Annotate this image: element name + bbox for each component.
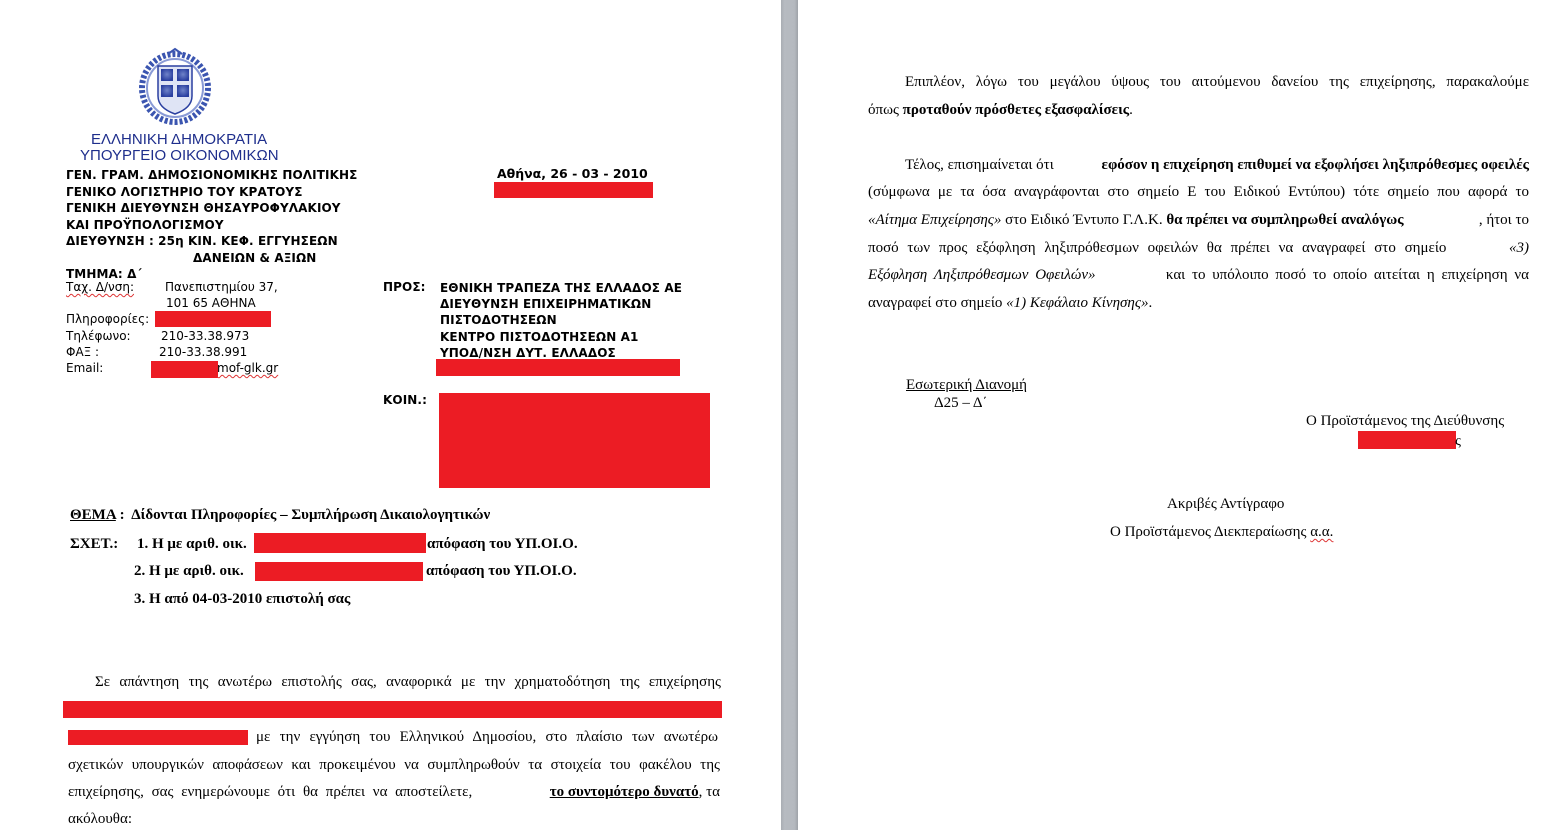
phone-value: 210-33.38.973 — [161, 329, 249, 343]
recipient-address: ΕΘΝΙΚΗ ΤΡΑΠΕΖΑ ΤΗΣ ΕΛΛΑΔΟΣ ΑΕ ΔΙΕΥΘΥΝΣΗ … — [440, 280, 682, 361]
recipient-line: ΔΙΕΥΘΥΝΣΗ ΕΠΙΧΕΙΡΗΜΑΤΙΚΩΝ — [440, 296, 682, 312]
para2-line-5: Εξόφληση Ληξιπρόθεσμων Οφειλών» και το υ… — [868, 267, 1529, 284]
header-line: ΓΕΝ. ΓΡΑΜ. ΔΗΜΟΣΙΟΝΟΜΙΚΗΣ ΠΟΛΙΤΙΚΗΣ — [66, 167, 357, 184]
references-label: ΣΧΕΤ.: — [70, 536, 118, 553]
para1-line-1: Επιπλέον, λόγω του μεγάλου ύψους του αιτ… — [905, 74, 1529, 91]
emphasis-additional-collateral: προταθούν πρόσθετες εξασφαλίσεις — [903, 102, 1129, 118]
address-line1: Πανεπιστημίου 37, — [165, 280, 278, 294]
para2-line-1: Τέλος, επισημαίνεται ότι εφόσον η επιχεί… — [905, 157, 1529, 174]
redacted-signatory-name — [1358, 431, 1456, 449]
emblem-title: ΕΛΛΗΝΙΚΗ ΔΗΜΟΚΡΑΤΙΑ ΥΠΟΥΡΓΕΙΟ ΟΙΚΟΝΟΜΙΚΩ… — [91, 132, 279, 164]
header-line: ΔΙΕΥΘΥΝΣΗ : 25η ΚΙΝ. ΚΕΦ. ΕΓΓΥΗΣΕΩΝ — [66, 233, 357, 250]
fax-value: 210-33.38.991 — [159, 345, 247, 359]
email-label: Email: — [66, 361, 103, 375]
phone-label: Τηλέφωνο: — [66, 329, 131, 343]
address-label: Ταχ. Δ/νση: — [66, 280, 134, 294]
reference-1-suffix: απόφαση του ΥΠ.ΟΙ.Ο. — [427, 536, 578, 553]
redacted-protocol-number — [494, 182, 653, 198]
redacted-company-name — [63, 701, 722, 718]
fax-label: ΦΑΞ : — [66, 345, 99, 359]
redacted-reference-2-number — [255, 562, 423, 581]
certified-copy-label: Ακριβές Αντίγραφο — [1167, 496, 1284, 513]
para2-line-2: (σύμφωνα με τα όσα αναγράφονται στο σημε… — [868, 184, 1529, 201]
recipient-line: ΚΕΝΤΡΟ ΠΙΣΤΟΔΟΤΗΣΕΩΝ Α1 — [440, 329, 682, 345]
body-line-6: ακόλουθα: — [68, 811, 132, 828]
internal-distribution-label: Εσωτερική Διανομή — [906, 377, 1027, 394]
processing-officer: Ο Προϊστάμενος Διεκπεραίωσης α.α. — [1110, 524, 1333, 541]
info-label: Πληροφορίες: — [66, 312, 149, 326]
internal-distribution-value: Δ25 – Δ΄ — [934, 395, 987, 412]
reference-2-suffix: απόφαση του ΥΠ.ΟΙ.Ο. — [426, 563, 577, 580]
reference-2-prefix: 2. Η με αριθ. οικ. — [134, 563, 244, 580]
address-line2: 101 65 ΑΘΗΝΑ — [166, 296, 256, 310]
redacted-email-user — [151, 361, 218, 378]
emphasis-fill-accordingly: θα πρέπει να συμπληρωθεί αναλόγως — [1166, 212, 1403, 228]
header-line: ΔΑΝΕΙΩΝ & ΑΞΙΩΝ — [193, 250, 357, 267]
country-name: ΕΛΛΗΝΙΚΗ ΔΗΜΟΚΡΑΤΙΑ — [91, 132, 279, 148]
email-domain: mof-glk.gr — [217, 361, 278, 375]
cc-label: ΚΟΙΝ.: — [383, 393, 427, 407]
document-page-1: ΕΛΛΗΝΙΚΗ ΔΗΜΟΚΡΑΤΙΑ ΥΠΟΥΡΓΕΙΟ ΟΙΚΟΝΟΜΙΚΩ… — [0, 0, 781, 830]
header-line: ΓΕΝΙΚΗ ΔΙΕΥΘΥΝΣΗ ΘΗΣΑΥΡΟΦΥΛΑΚΙΟΥ — [66, 200, 357, 217]
signatory-title: Ο Προϊστάμενος της Διεύθυνσης — [1306, 413, 1504, 430]
emphasis-overdue-debts: εφόσον η επιχείρηση επιθυμεί να εξοφλήσε… — [1102, 157, 1529, 174]
body-line-4: σχετικών υπουργικών αποφάσεων και προκει… — [68, 757, 720, 774]
signatory-name-suffix: ς — [1455, 433, 1461, 450]
header-line: ΓΕΝΙΚΟ ΛΟΓΙΣΤΗΡΙΟ ΤΟΥ ΚΡΑΤΟΥΣ — [66, 184, 357, 201]
ministry-name: ΥΠΟΥΡΓΕΙΟ ΟΙΚΟΝΟΜΙΚΩΝ — [80, 148, 279, 164]
page-divider — [781, 0, 798, 830]
subject-line: ΘΕΜΑ : Δίδονται Πληροφορίες – Συμπλήρωση… — [70, 507, 490, 524]
redacted-loan-details — [68, 730, 248, 745]
recipient-line: ΠΙΣΤΟΔΟΤΗΣΕΩΝ — [440, 312, 682, 328]
subject-text: Δίδονται Πληροφορίες – Συμπλήρωση Δικαιο… — [131, 507, 490, 523]
subject-label: ΘΕΜΑ — [70, 507, 116, 523]
greek-coat-of-arms-icon — [138, 46, 212, 126]
header-line: ΚΑΙ ΠΡΟΫΠΟΛΟΓΙΣΜΟΥ — [66, 217, 357, 234]
reference-3: 3. Η από 04-03-2010 επιστολή σας — [134, 591, 350, 608]
para2-line-4: ποσό των προς εξόφληση ληξιπρόθεσμων οφε… — [868, 240, 1529, 257]
issuer-header: ΓΕΝ. ΓΡΑΜ. ΔΗΜΟΣΙΟΝΟΜΙΚΗΣ ΠΟΛΙΤΙΚΗΣ ΓΕΝΙ… — [66, 167, 357, 283]
para2-line-3: «Αίτημα Επιχείρησης» στο Ειδικό Έντυπο Γ… — [868, 212, 1529, 229]
para2-line-6: αναγραφεί στο σημείο «1) Κεφάλαιο Κίνηση… — [868, 295, 1152, 312]
emphasis-asap: το συντομότερο δυνατό — [550, 784, 699, 800]
redacted-recipient-line — [436, 359, 680, 376]
redacted-contact-person — [155, 311, 271, 327]
para1-line-2: όπως προταθούν πρόσθετες εξασφαλίσεις. — [868, 102, 1133, 119]
document-page-2: Επιπλέον, λόγω του μεγάλου ύψους του αιτ… — [798, 0, 1545, 830]
reference-1-prefix: 1. Η με αριθ. οικ. — [137, 536, 247, 553]
body-line-5: επιχείρησης, σας ενημερώνουμε ότι θα πρέ… — [68, 784, 720, 801]
recipient-line: ΕΘΝΙΚΗ ΤΡΑΠΕΖΑ ΤΗΣ ΕΛΛΑΔΟΣ ΑΕ — [440, 280, 682, 296]
body-line-3: με την εγγύηση του Ελληνικού Δημοσίου, σ… — [256, 729, 718, 746]
redacted-cc-recipients — [439, 393, 710, 488]
recipient-label: ΠΡΟΣ: — [383, 280, 426, 294]
redacted-reference-1-number — [254, 533, 426, 553]
document-date: Αθήνα, 26 - 03 - 2010 — [497, 166, 648, 181]
body-line-1: Σε απάντηση της ανωτέρω επιστολής σας, α… — [95, 674, 721, 691]
